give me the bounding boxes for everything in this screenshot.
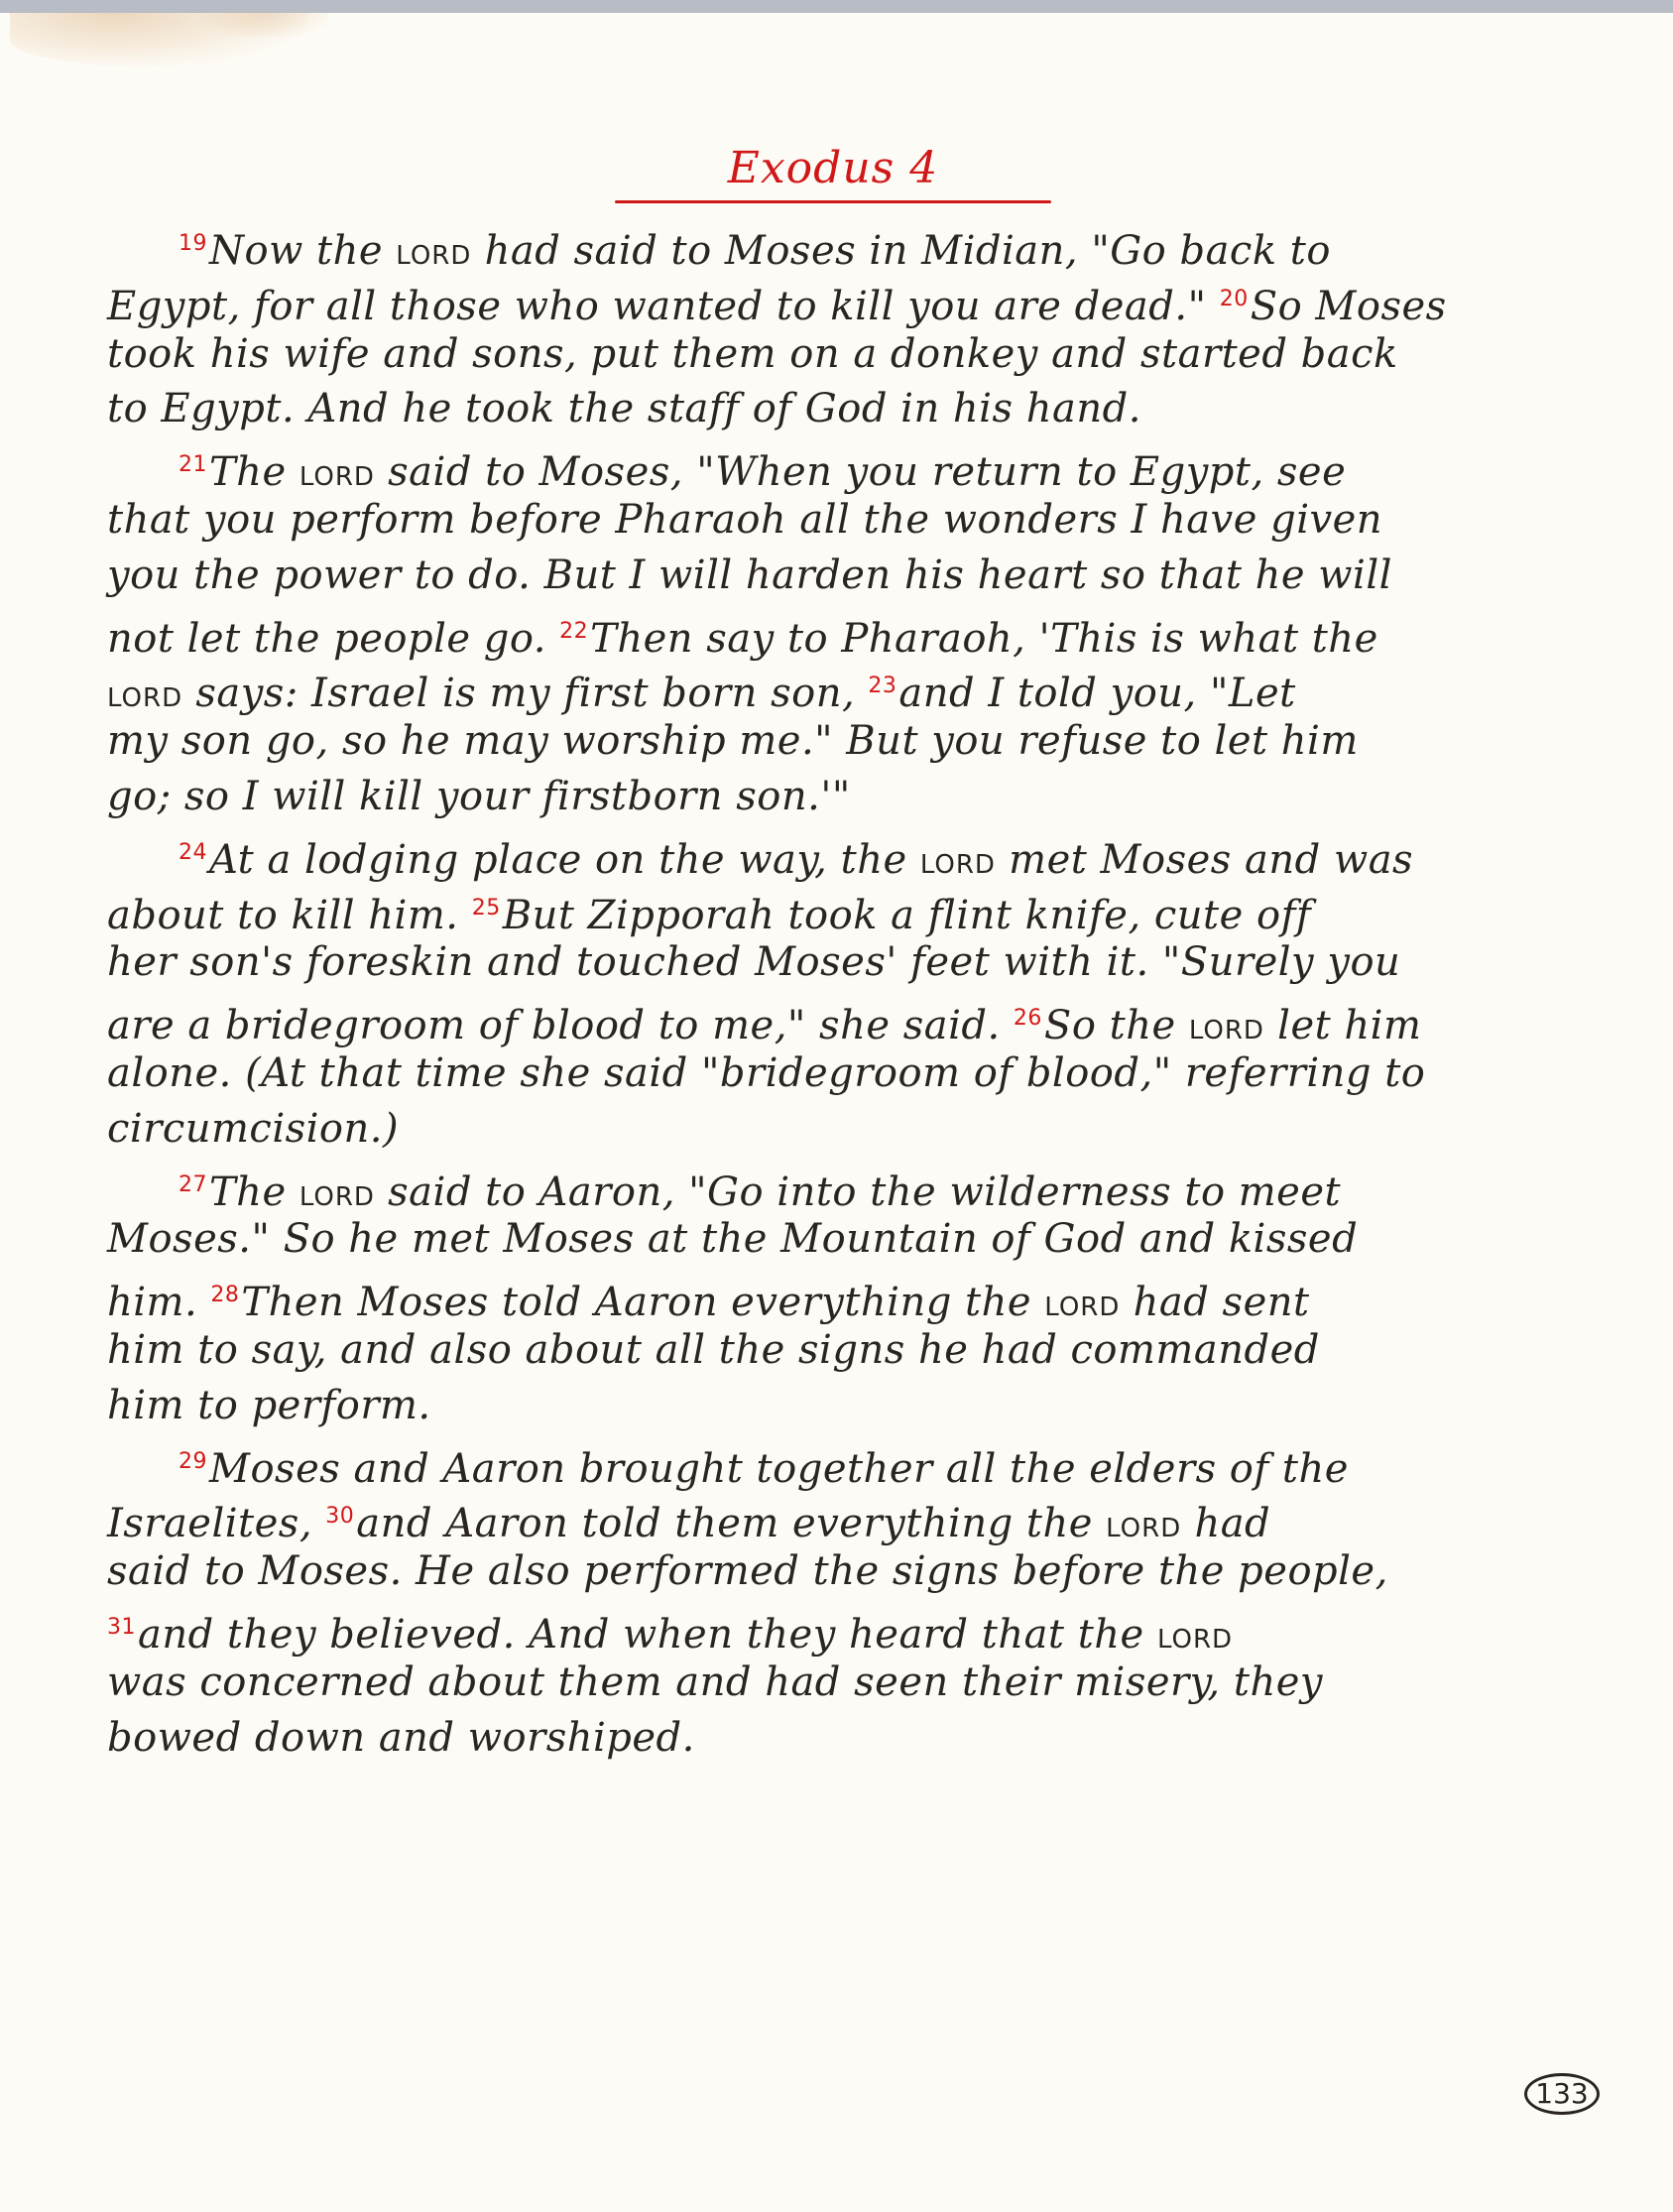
verse-number: 20 [1220, 287, 1249, 311]
text-line: you the power to do. But I will harden h… [107, 549, 1595, 604]
lord-small-caps: LORD [396, 241, 471, 271]
lord-small-caps: LORD [299, 462, 375, 492]
text-line: said to Moses. He also performed the sig… [107, 1544, 1595, 1600]
line-text: Then Moses told Aaron everything the [241, 1280, 1044, 1325]
text-line: LORD says: Israel is my first born son, … [107, 659, 1595, 714]
page-title: Exodus 4 [728, 147, 939, 190]
line-text: and I told you, "Let [898, 671, 1295, 716]
text-line: Moses." So he met Moses at the Mountain … [107, 1212, 1595, 1268]
line-text: So Moses [1251, 284, 1447, 329]
line-text: and Aaron told them everything the [356, 1501, 1106, 1546]
verse-number: 29 [179, 1449, 207, 1474]
line-text: Then say to Pharaoh, 'This is what the [590, 616, 1378, 662]
text-line: her son's foreskin and touched Moses' fe… [107, 935, 1595, 991]
verse-number: 28 [210, 1283, 239, 1307]
verse-number: 25 [472, 896, 501, 921]
text-line: 24At a lodging place on the way, the LOR… [107, 825, 1595, 881]
line-text: had said to Moses in Midian, "Go back to [471, 228, 1331, 274]
line-text: him. [107, 1280, 210, 1325]
line-text: But Zipporah took a flint knife, cute of… [503, 893, 1311, 938]
verse-number: 23 [868, 674, 896, 698]
text-line: him to perform. [107, 1379, 1595, 1434]
line-text: him to say, and also about all the signs… [107, 1327, 1320, 1373]
text-line: was concerned about them and had seen th… [107, 1656, 1595, 1711]
line-text: Moses." So he met Moses at the Mountain … [107, 1216, 1358, 1262]
text-line: took his wife and sons, put them on a do… [107, 327, 1595, 383]
text-line: 27The LORD said to Aaron, "Go into the w… [107, 1158, 1595, 1213]
lord-small-caps: LORD [107, 683, 182, 713]
verse-number: 27 [179, 1172, 207, 1197]
lord-small-caps: LORD [1044, 1292, 1120, 1322]
line-text: bowed down and worshiped. [107, 1715, 695, 1761]
line-text: circumcision.) [107, 1106, 399, 1152]
line-text: had sent [1120, 1280, 1309, 1325]
lord-small-caps: LORD [1189, 1016, 1264, 1045]
line-text: about to kill him. [107, 893, 472, 938]
line-text: and they believed. And when they heard t… [138, 1612, 1157, 1658]
text-line: to Egypt. And he took the staff of God i… [107, 382, 1595, 437]
text-line: bowed down and worshiped. [107, 1711, 1595, 1767]
line-text: not let the people go. [107, 616, 559, 662]
verse-number: 22 [559, 619, 588, 644]
verse-number: 21 [179, 452, 207, 477]
line-text: are a bridegroom of blood to me," she sa… [107, 1003, 1014, 1048]
text-line: that you perform before Pharaoh all the … [107, 493, 1595, 549]
text-line: circumcision.) [107, 1102, 1595, 1158]
line-text: her son's foreskin and touched Moses' fe… [107, 939, 1400, 985]
verse-number: 19 [179, 231, 207, 256]
verse-number: 31 [107, 1615, 136, 1640]
text-line: go; so I will kill your firstborn son.'" [107, 770, 1595, 825]
line-text: you the power to do. But I will harden h… [107, 553, 1392, 598]
scripture-text: 19Now the LORD had said to Moses in Midi… [107, 216, 1595, 1766]
line-text: Israelites, [107, 1501, 325, 1546]
line-text: Now the [209, 228, 396, 274]
text-line: 21The LORD said to Moses, "When you retu… [107, 437, 1595, 493]
page-number-badge: 133 [1524, 2073, 1600, 2115]
chapter-heading: Exodus 4 [615, 147, 1051, 190]
lord-small-caps: LORD [1157, 1625, 1233, 1655]
line-text: him to perform. [107, 1383, 431, 1428]
text-line: are a bridegroom of blood to me," she sa… [107, 991, 1595, 1046]
lord-small-caps: LORD [1106, 1514, 1181, 1543]
line-text: that you perform before Pharaoh all the … [107, 497, 1382, 543]
line-text: said to Moses. He also performed the sig… [107, 1548, 1388, 1594]
line-text: At a lodging place on the way, the [209, 837, 920, 883]
line-text: alone. (At that time she said "bridegroo… [107, 1050, 1425, 1096]
text-line: Israelites, 30and Aaron told them everyt… [107, 1489, 1595, 1544]
lord-small-caps: LORD [920, 850, 996, 880]
text-line: not let the people go. 22Then say to Pha… [107, 604, 1595, 660]
line-text: said to Aaron, "Go into the wilderness t… [375, 1169, 1341, 1215]
line-text: Egypt, for all those who wanted to kill … [107, 284, 1220, 329]
line-text: says: Israel is my first born son, [182, 671, 868, 716]
lord-small-caps: LORD [299, 1182, 375, 1212]
line-text: had [1181, 1501, 1270, 1546]
line-text: So the [1044, 1003, 1189, 1048]
text-line: my son go, so he may worship me." But yo… [107, 714, 1595, 770]
verse-number: 24 [179, 840, 207, 865]
text-line: 19Now the LORD had said to Moses in Midi… [107, 216, 1595, 272]
line-text: said to Moses, "When you return to Egypt… [375, 449, 1346, 495]
verse-number: 30 [325, 1504, 354, 1529]
page-number: 133 [1535, 2077, 1588, 2110]
title-underline [615, 200, 1051, 203]
text-line: 29Moses and Aaron brought together all t… [107, 1434, 1595, 1490]
scan-top-edge [0, 0, 1673, 13]
line-text: The [209, 1169, 299, 1215]
text-line: him to say, and also about all the signs… [107, 1323, 1595, 1379]
line-text: took his wife and sons, put them on a do… [107, 331, 1398, 377]
line-text: let him [1264, 1003, 1421, 1048]
line-text: met Moses and was [996, 837, 1413, 883]
line-text: go; so I will kill your firstborn son.'" [107, 774, 851, 819]
line-text: was concerned about them and had seen th… [107, 1659, 1323, 1705]
water-stain [198, 13, 327, 38]
line-text: Moses and Aaron brought together all the… [209, 1446, 1349, 1492]
line-text: The [209, 449, 299, 495]
text-line: about to kill him. 25But Zipporah took a… [107, 881, 1595, 936]
verse-number: 26 [1014, 1006, 1042, 1031]
text-line: him. 28Then Moses told Aaron everything … [107, 1268, 1595, 1323]
text-line: 31and they believed. And when they heard… [107, 1600, 1595, 1656]
line-text: my son go, so he may worship me." But yo… [107, 718, 1359, 764]
text-line: Egypt, for all those who wanted to kill … [107, 272, 1595, 327]
text-line: alone. (At that time she said "bridegroo… [107, 1046, 1595, 1102]
line-text: to Egypt. And he took the staff of God i… [107, 386, 1141, 431]
